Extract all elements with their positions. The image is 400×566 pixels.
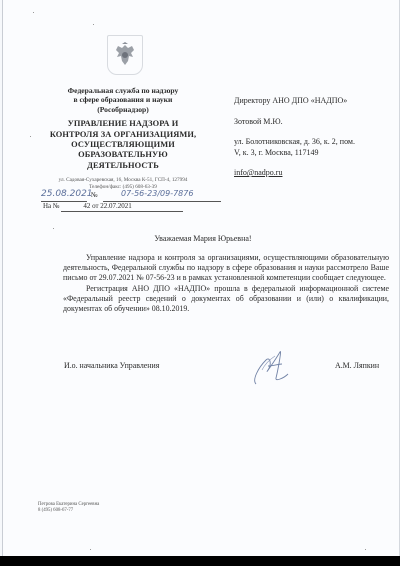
russian-coat-of-arms-icon [107, 35, 143, 75]
scan-speck [33, 12, 34, 13]
recipient-address: ул. Болотниковская, д. 36, к. 2, пом. V,… [234, 137, 355, 158]
greeting: Уважаемая Мария Юрьевна! [3, 234, 400, 243]
recipient-position: Директору АНО ДПО «НАДПО» [234, 96, 355, 107]
department-name: УПРАВЛЕНИЕ НАДЗОРА И КОНТРОЛЯ ЗА ОРГАНИЗ… [23, 119, 223, 171]
letterhead: Федеральная служба по надзору в сфере об… [23, 86, 223, 190]
letter-body: Управление надзора и контроля за организ… [63, 253, 389, 314]
recipient-name: Зотовой М.Ю. [234, 117, 355, 128]
handwritten-number: 07-56-23/09-7876 [121, 189, 193, 198]
scan-speck [90, 549, 91, 550]
number-label: № [91, 191, 98, 199]
document-page: Федеральная служба по надзору в сфере об… [2, 0, 400, 556]
signatory-title: И.о. начальника Управления [64, 361, 159, 370]
reply-underline [61, 211, 183, 212]
scan-bottom-border [0, 556, 400, 566]
handwritten-signature-icon [248, 340, 293, 390]
recipient-block: Директору АНО ДПО «НАДПО» Зотовой М.Ю. у… [234, 96, 355, 189]
scan-speck [30, 136, 31, 137]
executor-phone: 8 (495) 608-67-77 [38, 508, 99, 514]
handwritten-date: 25.08.2021 [41, 189, 93, 199]
signatory-name: А.М. Ляпкин [335, 361, 379, 370]
agency-name: Федеральная служба по надзору в сфере об… [23, 86, 223, 114]
recipient-email-link[interactable]: info@nadpo.ru [234, 168, 355, 179]
scan-speck [53, 228, 54, 229]
executor-info: Петрова Екатерина Сергеевна 8 (495) 608-… [38, 502, 99, 514]
body-paragraph-2: Регистрация АНО ДПО «НАДПО» прошла в фед… [63, 284, 389, 315]
reply-to-line: На № 42 от 22.07.2021 [43, 202, 132, 210]
scan-speck [93, 24, 94, 25]
scan-speck [365, 549, 366, 550]
body-paragraph-1: Управление надзора и контроля за организ… [63, 253, 389, 284]
